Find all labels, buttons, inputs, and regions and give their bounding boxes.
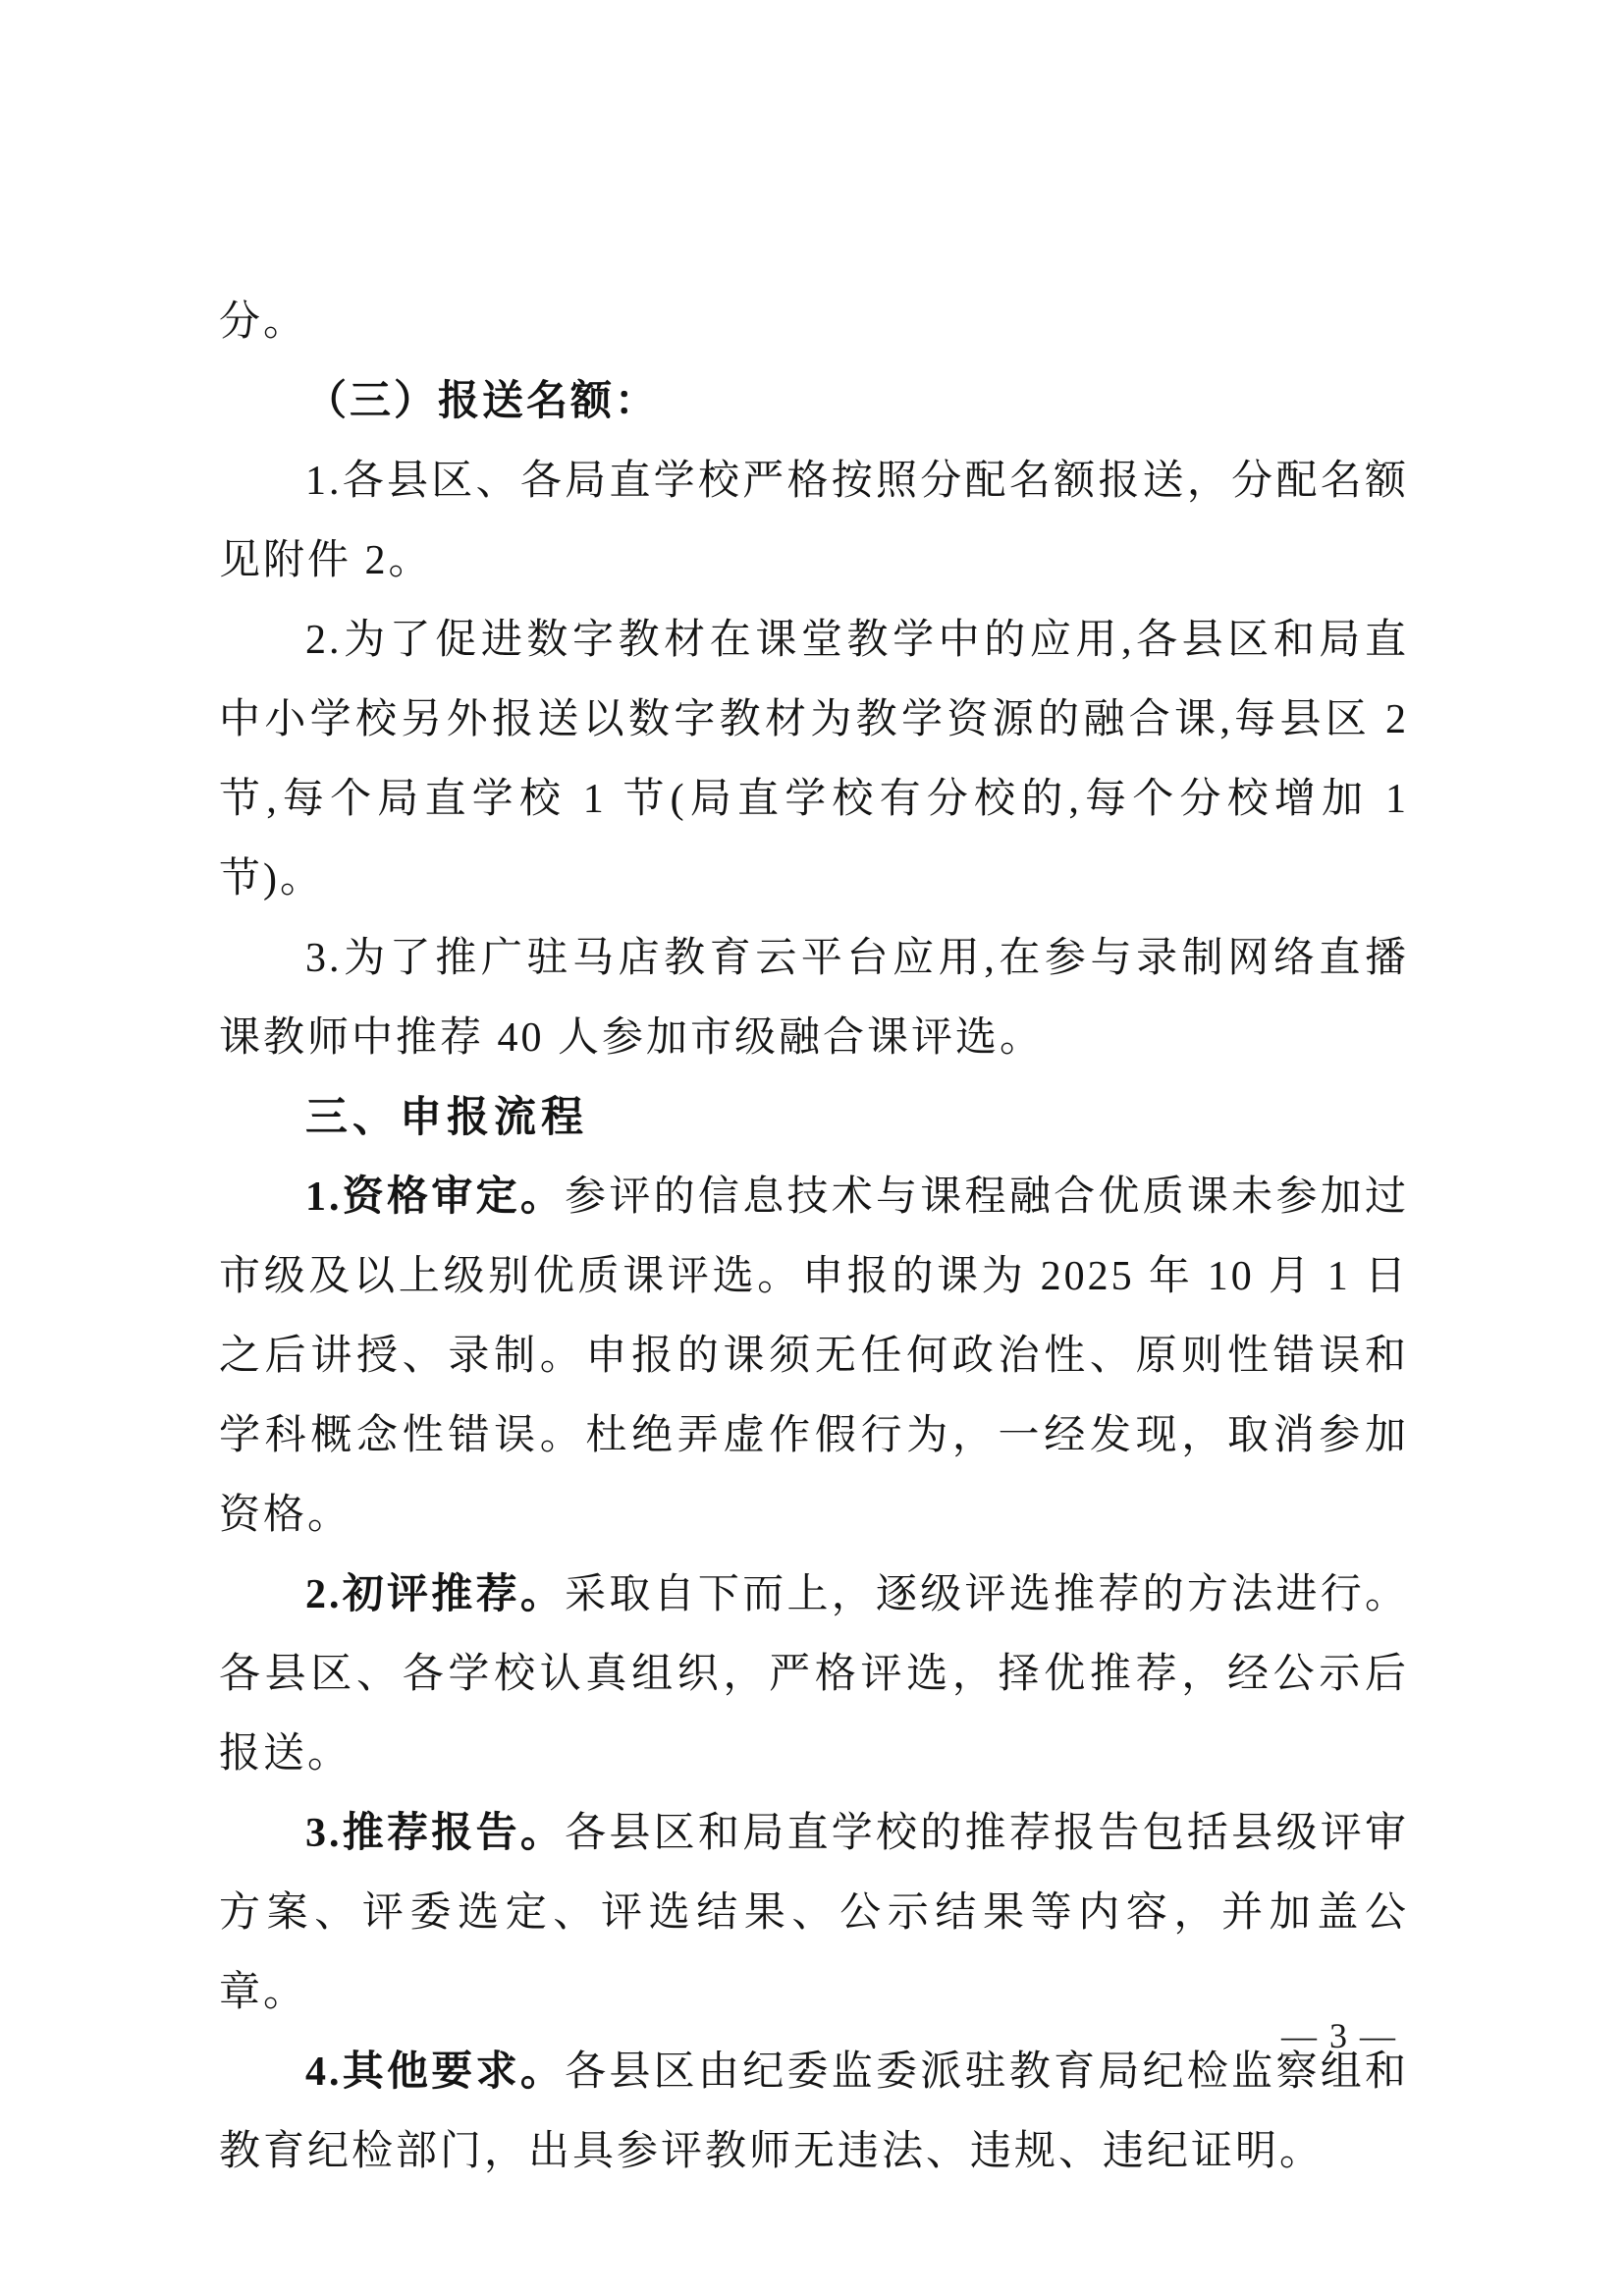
- paragraph-lead-chuping-tuijian: 2.初评推荐。: [305, 1572, 565, 1617]
- paragraph-lead-zige-shending: 1.资格审定。: [305, 1175, 565, 1220]
- paragraph-quota-3: 3.为了推广驻马店教育云平台应用,在参与录制网络直播课教师中推荐 40 人参加市…: [219, 919, 1409, 1078]
- paragraph-overflow-fen: 分。: [219, 283, 1409, 362]
- paragraph-text-zige-shending: 参评的信息技术与课程融合优质课未参加过市级及以上级别优质课评选。申报的课为 20…: [219, 1175, 1409, 1538]
- paragraph-zige-shending: 1.资格审定。参评的信息技术与课程融合优质课未参加过市级及以上级别优质课评选。申…: [219, 1158, 1409, 1556]
- paragraph-tuijian-baogao: 3.推荐报告。各县区和局直学校的推荐报告包括县级评审方案、评委选定、评选结果、公…: [219, 1794, 1409, 2033]
- paragraph-quota-1: 1.各县区、各局直学校严格按照分配名额报送，分配名额见附件 2。: [219, 442, 1409, 601]
- page-number: — 3 —: [1281, 2015, 1397, 2056]
- paragraph-lead-tuijian-baogao: 3.推荐报告。: [305, 1811, 565, 1856]
- document-body: 分。 （三）报送名额： 1.各县区、各局直学校严格按照分配名额报送，分配名额见附…: [219, 283, 1409, 2192]
- paragraph-qita-yaoqiu: 4.其他要求。各县区由纪委监委派驻教育局纪检监察组和教育纪检部门，出具参评教师无…: [219, 2033, 1409, 2192]
- paragraph-lead-qita-yaoqiu: 4.其他要求。: [305, 2050, 565, 2095]
- paragraph-chuping-tuijian: 2.初评推荐。采取自下而上，逐级评选推荐的方法进行。各县区、各学校认真组织，严格…: [219, 1556, 1409, 1794]
- section-heading-baosong-quota: （三）报送名额：: [219, 362, 1409, 442]
- paragraph-quota-2: 2.为了促进数字教材在课堂教学中的应用,各县区和局直中小学校另外报送以数字教材为…: [219, 601, 1409, 919]
- section-heading-shenbao-liucheng: 三、申报流程: [219, 1078, 1409, 1158]
